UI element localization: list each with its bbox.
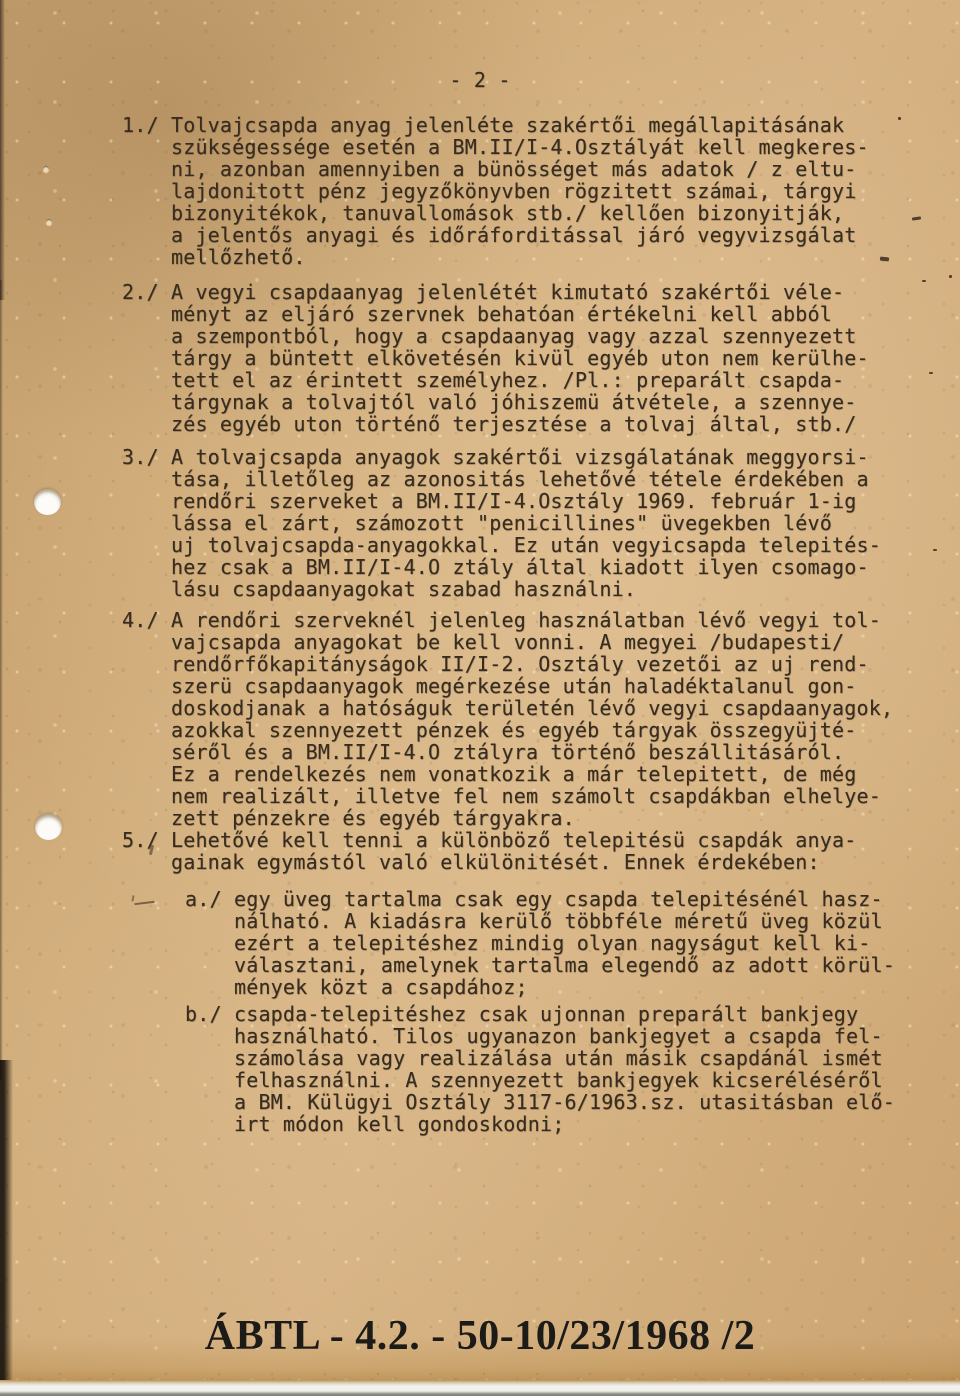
scan-bottom-edge: [0, 1380, 960, 1396]
paragraph-1: 1./ Tolvajcsapda anyag jelenléte szakért…: [122, 114, 869, 268]
sub-item-a: a./ egy üveg tartalma csak egy csapda te…: [185, 888, 895, 998]
paper-speck: [949, 275, 952, 278]
page-number: - 2 -: [0, 69, 960, 91]
punch-hole-upper: [34, 489, 61, 515]
paragraph-5: 5./ Lehetővé kell tenni a különböző tele…: [122, 829, 856, 873]
paragraph-4: 4./ A rendőri szerveknél jelenleg haszná…: [122, 609, 893, 829]
staple-hole: [43, 166, 49, 172]
paper-speck: [929, 372, 933, 374]
paper-speck: [933, 549, 937, 551]
paper-speck: [880, 257, 889, 262]
staple-hole: [46, 219, 52, 225]
punch-hole-lower: [35, 814, 62, 840]
paragraph-2: 2./ A vegyi csapdaanyag jelenlétét kimut…: [122, 281, 869, 435]
paper-speck: [898, 117, 901, 120]
sub-item-b: b./ csapda-telepitéshez csak ujonnan pre…: [185, 1003, 895, 1135]
scan-edge-shadow-mid: [0, 280, 3, 1080]
archive-reference-stamp: ÁBTL - 4.2. - 50-10/23/1968 /2: [0, 1315, 960, 1357]
scan-edge-shadow-top: [0, 0, 5, 300]
paper-speck: [922, 280, 926, 282]
paragraph-3: 3./ A tolvajcsapda anyagok szakértői viz…: [122, 446, 881, 600]
